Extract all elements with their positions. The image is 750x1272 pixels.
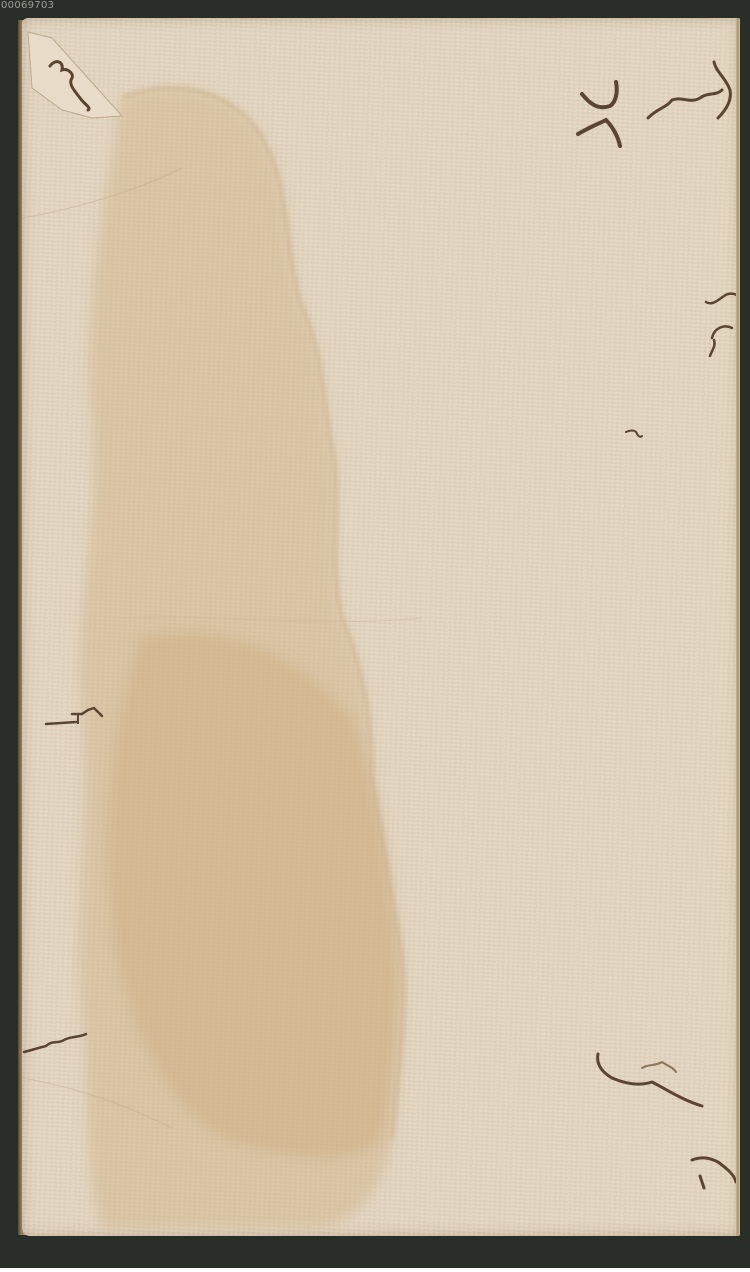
scan-id-label: 00069703 bbox=[1, 0, 54, 12]
book-page bbox=[22, 18, 740, 1236]
worm-damage-right-edge bbox=[702, 282, 740, 362]
worm-damage-left-lower bbox=[22, 1024, 92, 1064]
worm-damage-left-mid bbox=[42, 704, 112, 734]
paper-creases bbox=[22, 18, 740, 1236]
worm-damage-small bbox=[622, 424, 646, 444]
water-stain bbox=[22, 18, 740, 1236]
page-fold-line bbox=[736, 18, 740, 1236]
worm-damage-top-edge bbox=[642, 38, 740, 128]
worm-damage-bottom-right bbox=[592, 1048, 740, 1198]
folded-corner bbox=[22, 18, 132, 128]
worm-damage-top-right bbox=[572, 74, 632, 154]
